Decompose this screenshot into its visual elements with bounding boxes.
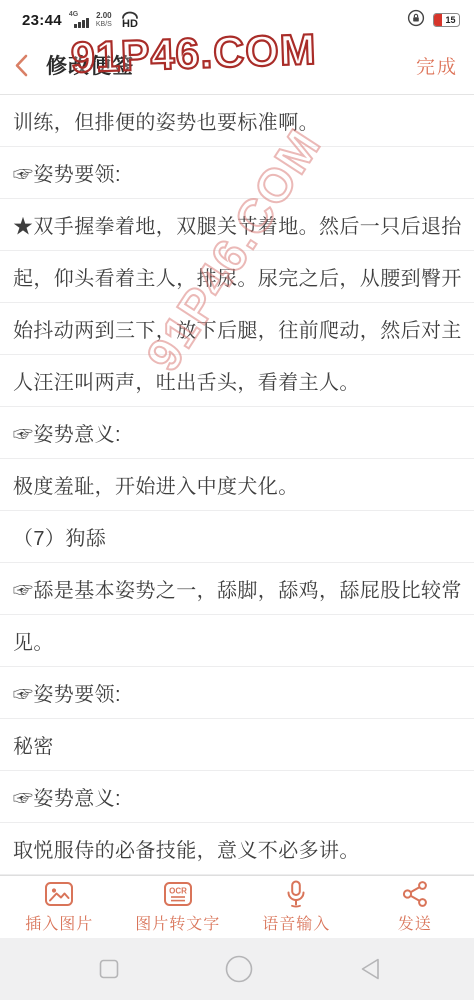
note-line[interactable]: ☞姿势意义:: [0, 407, 474, 459]
back-nav-button[interactable]: [358, 956, 382, 982]
done-button[interactable]: 完成: [416, 52, 458, 79]
network-type-label: 4G: [69, 11, 78, 18]
note-line[interactable]: 秘密: [0, 719, 474, 771]
note-line[interactable]: 训练，但排便的姿势也要标准啊。: [0, 95, 474, 147]
note-line[interactable]: 人汪汪叫两声，吐出舌头，看着主人。: [0, 355, 474, 407]
battery-icon: 15: [433, 13, 460, 27]
battery-fill: [434, 14, 442, 26]
signal-bars-icon: [74, 18, 89, 28]
android-nav-bar: [0, 938, 474, 1000]
clock: 23:44: [22, 12, 62, 29]
hd-voice-icon: HD: [119, 11, 141, 29]
triangle-left-icon: [358, 956, 382, 982]
note-editor[interactable]: 训练，但排便的姿势也要标准啊。 ☞姿势要领: ★双手握拳着地，双腿关节着地。然后…: [0, 95, 474, 875]
image-to-text-button[interactable]: OCR 图片转文字: [119, 880, 238, 934]
send-label: 发送: [398, 911, 432, 934]
image-icon: [44, 880, 74, 908]
rotation-lock-icon: [407, 9, 425, 32]
ocr-icon-text: OCR: [169, 887, 187, 896]
note-line[interactable]: ☞姿势要领:: [0, 147, 474, 199]
note-line[interactable]: 起，仰头看着主人，排尿。尿完之后，从腰到臀开: [0, 251, 474, 303]
voice-input-label: 语音输入: [262, 911, 330, 934]
hd-label: HD: [122, 18, 138, 29]
network-speed: 2.00 KB/S: [96, 12, 112, 29]
insert-image-label: 插入图片: [25, 911, 93, 934]
battery-percent: 15: [442, 14, 459, 26]
home-button[interactable]: [225, 955, 253, 983]
note-line[interactable]: ★双手握拳着地，双腿关节着地。然后一只后退抬: [0, 199, 474, 251]
insert-image-button[interactable]: 插入图片: [0, 880, 119, 934]
chevron-left-icon: [15, 54, 28, 77]
note-line[interactable]: ☞姿势要领:: [0, 667, 474, 719]
square-icon: [99, 959, 119, 979]
speed-unit: KB/S: [96, 21, 112, 28]
status-left: 23:44 4G 2.00 KB/S HD: [22, 11, 141, 29]
note-line[interactable]: 极度羞耻，开始进入中度犬化。: [0, 459, 474, 511]
note-line[interactable]: ☞姿势意义:: [0, 771, 474, 823]
circle-icon: [225, 955, 253, 983]
phone-screen: 23:44 4G 2.00 KB/S HD: [0, 0, 474, 1000]
recents-button[interactable]: [99, 959, 119, 979]
status-bar: 23:44 4G 2.00 KB/S HD: [0, 0, 474, 36]
microphone-icon: [284, 880, 308, 908]
ocr-icon: OCR: [162, 880, 194, 908]
voice-input-button[interactable]: 语音输入: [237, 880, 356, 934]
speed-value: 2.00: [96, 12, 112, 20]
page-title: 修改便签: [46, 50, 134, 80]
note-line[interactable]: 始抖动两到三下，放下后腿，往前爬动，然后对主: [0, 303, 474, 355]
note-line[interactable]: 见。: [0, 615, 474, 667]
share-icon: [401, 880, 429, 908]
status-right: 15: [407, 9, 460, 32]
note-line[interactable]: （7）狗舔: [0, 511, 474, 563]
signal-strength-icon: 4G: [69, 12, 89, 29]
header: 修改便签 完成: [0, 36, 474, 95]
editor-toolbar: 插入图片 OCR 图片转文字: [0, 875, 474, 938]
send-button[interactable]: 发送: [356, 880, 474, 934]
note-line[interactable]: 取悦服侍的必备技能，意义不必多讲。: [0, 823, 474, 875]
back-button[interactable]: [15, 53, 31, 77]
note-line[interactable]: ☞舔是基本姿势之一，舔脚，舔鸡，舔屁股比较常: [0, 563, 474, 615]
image-to-text-label: 图片转文字: [135, 911, 220, 934]
